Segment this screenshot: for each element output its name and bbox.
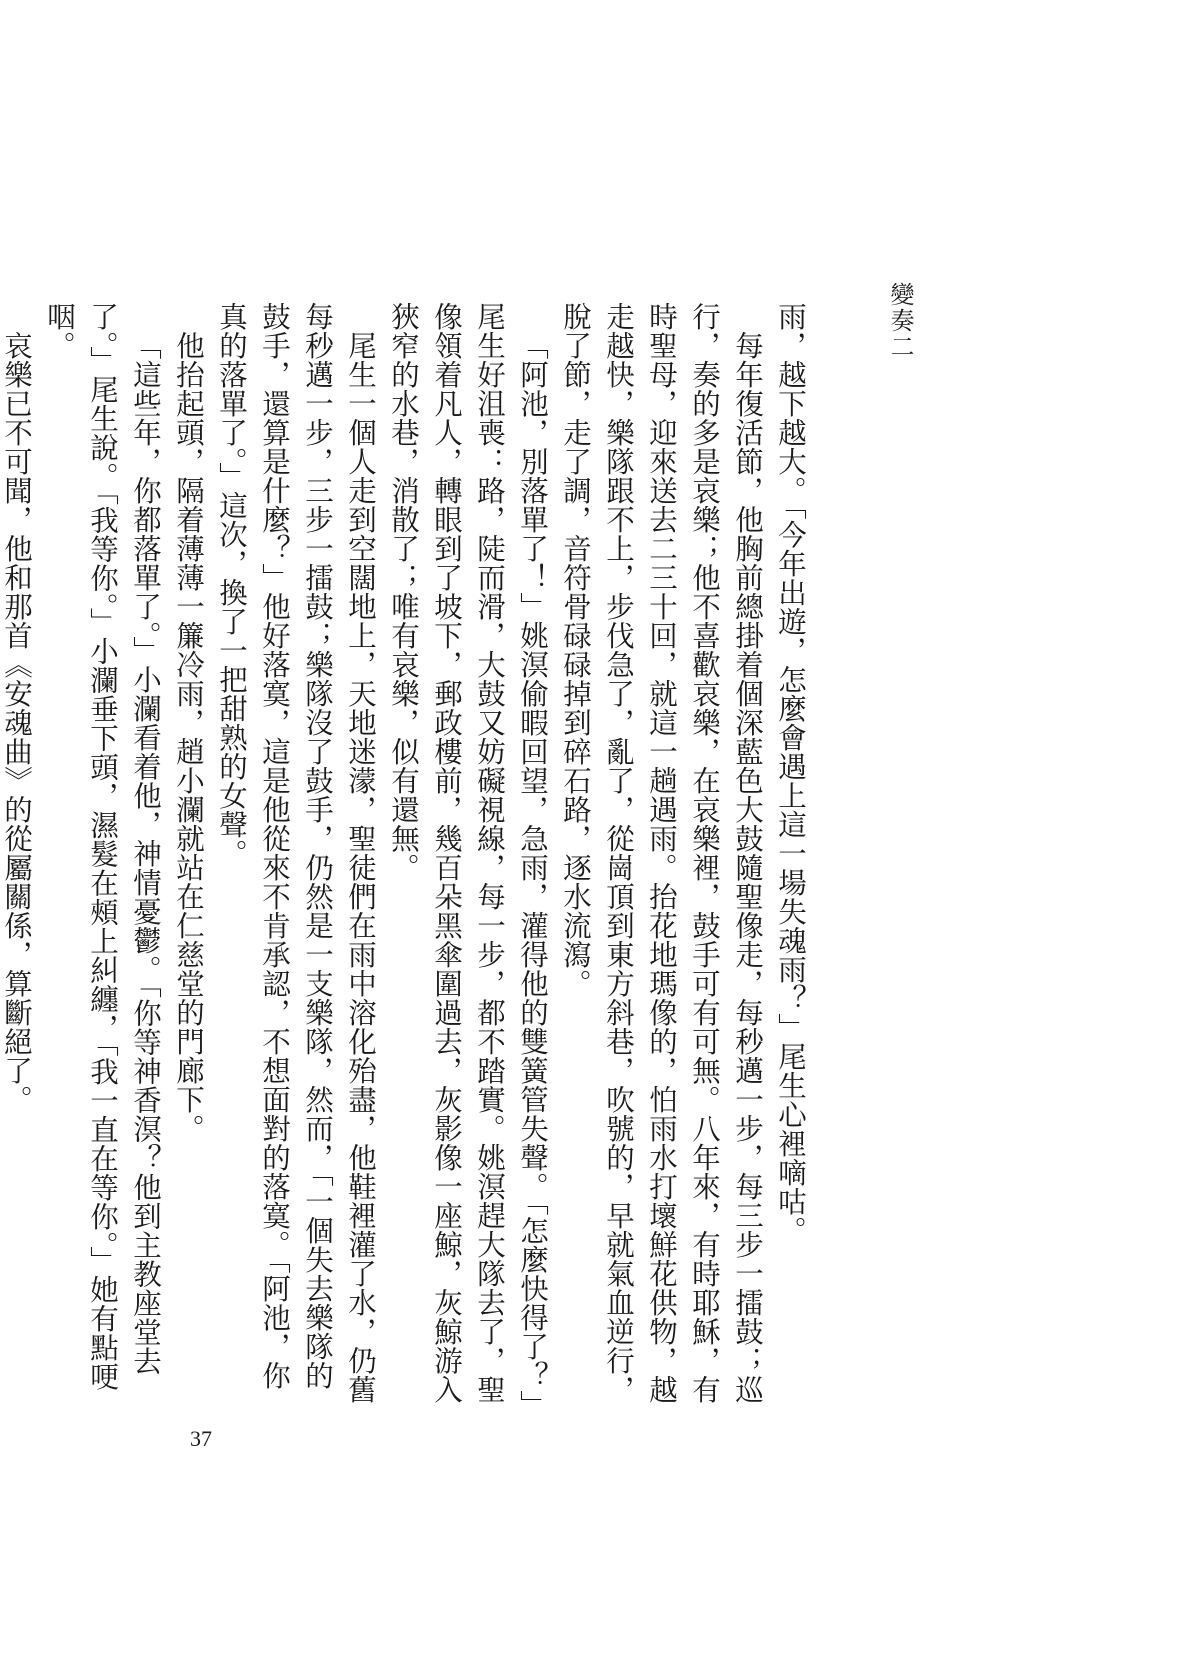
paragraph: 雨，越下越大。「今年出遊，怎麼會遇上這一場失魂雨？」尾生心裡嘀咕。 bbox=[769, 302, 812, 1412]
page-number: 37 bbox=[190, 1426, 212, 1452]
book-page: 變奏二 雨，越下越大。「今年出遊，怎麼會遇上這一場失魂雨？」尾生心裡嘀咕。 每年… bbox=[0, 0, 1182, 1654]
body-text: 雨，越下越大。「今年出遊，怎麼會遇上這一場失魂雨？」尾生心裡嘀咕。 每年復活節，… bbox=[0, 302, 812, 1412]
paragraph: 他抬起頭，隔着薄薄一簾冷雨，趙小瀾就站在仁慈堂的門廊下。 bbox=[167, 302, 210, 1412]
paragraph: 尾生一個人走到空闊地上，天地迷濛，聖徒們在雨中溶化殆盡，他鞋裡灌了水，仍舊每秒邁… bbox=[210, 302, 382, 1412]
paragraph: 每年復活節，他胸前總掛着個深藍色大鼓隨聖像走，每秒邁一步，每三步一擂鼓；巡行，奏… bbox=[554, 302, 769, 1412]
paragraph: 「這些年，你都落單了。」小瀾看着他，神情憂鬱。「你等神香溟？他到主教座堂去了。」… bbox=[38, 302, 167, 1412]
running-head: 變奏二 bbox=[884, 282, 916, 360]
paragraph: 哀樂已不可聞，他和那首《安魂曲》的從屬關係，算斷絕了。 bbox=[0, 302, 38, 1412]
paragraph: 「阿池，別落單了！」姚溟偷暇回望，急雨，灌得他的雙簧管失聲。「怎麼快得了？」尾生… bbox=[382, 302, 554, 1412]
